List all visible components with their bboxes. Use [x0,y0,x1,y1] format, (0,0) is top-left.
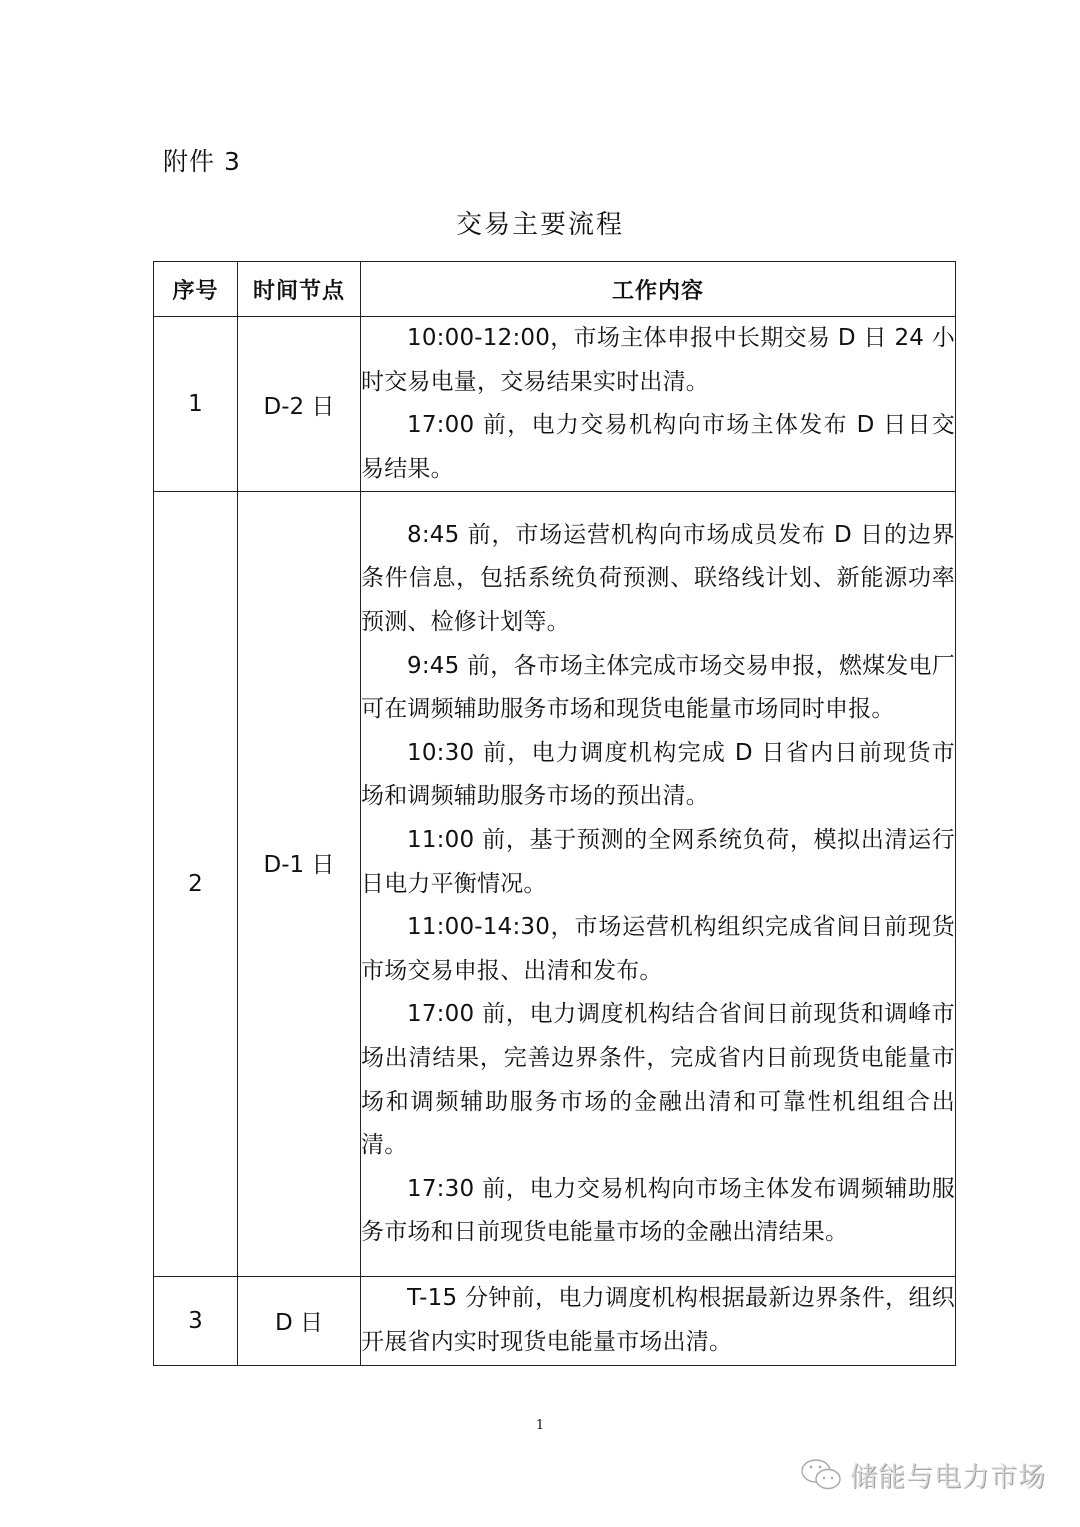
wechat-icon [800,1457,844,1493]
table-row: 3 D 日 T-15 分钟前，电力调度机构根据最新边界条件，组织开展省内实时现货… [154,1277,956,1365]
watermark: 储能与电力市场 [800,1455,1046,1494]
content-paragraph: 10:30 前，电力调度机构完成 D 日省内日前现货市场和调频辅助服务市场的预出… [361,732,955,819]
content-paragraph: 10:00-12:00，市场主体申报中长期交易 D 日 24 小时交易电量，交易… [361,317,955,404]
row-index: 1 [154,317,238,492]
header-work-content: 工作内容 [361,262,956,317]
row-content: T-15 分钟前，电力调度机构根据最新边界条件，组织开展省内实时现货电能量市场出… [361,1277,956,1365]
row-index: 2 [154,492,238,1277]
content-paragraph: 8:45 前，市场运营机构向市场成员发布 D 日的边界条件信息，包括系统负荷预测… [361,514,955,645]
document-title: 交易主要流程 [0,205,1080,245]
row-index: 3 [154,1277,238,1365]
content-paragraph: T-15 分钟前，电力调度机构根据最新边界条件，组织开展省内实时现货电能量市场出… [361,1277,955,1364]
row-time-node: D-1 日 [238,492,361,1277]
header-time-node: 时间节点 [238,262,361,317]
table-header-row: 序号 时间节点 工作内容 [154,262,956,317]
process-table: 序号 时间节点 工作内容 1 D-2 日 10:00-12:00，市场主体申报中… [153,261,956,1366]
table-row: 2 D-1 日 8:45 前，市场运营机构向市场成员发布 D 日的边界条件信息，… [154,492,956,1277]
row-time-node: D 日 [238,1277,361,1365]
row-time-node: D-2 日 [238,317,361,492]
header-index: 序号 [154,262,238,317]
content-paragraph: 9:45 前，各市场主体完成市场交易申报，燃煤发电厂可在调频辅助服务市场和现货电… [361,645,955,732]
content-paragraph: 17:30 前，电力交易机构向市场主体发布调频辅助服务市场和日前现货电能量市场的… [361,1168,955,1255]
content-paragraph: 11:00 前，基于预测的全网系统负荷，模拟出清运行日电力平衡情况。 [361,819,955,906]
content-paragraph: 17:00 前，电力调度机构结合省间日前现货和调峰市场出清结果，完善边界条件，完… [361,993,955,1167]
watermark-text: 储能与电力市场 [850,1455,1046,1494]
content-paragraph: 11:00-14:30，市场运营机构组织完成省间日前现货市场交易申报、出清和发布… [361,906,955,993]
row-content: 8:45 前，市场运营机构向市场成员发布 D 日的边界条件信息，包括系统负荷预测… [361,492,956,1277]
row-content: 10:00-12:00，市场主体申报中长期交易 D 日 24 小时交易电量，交易… [361,317,956,492]
content-paragraph: 17:00 前，电力交易机构向市场主体发布 D 日日交易结果。 [361,404,955,491]
page-number: 1 [0,1418,1080,1433]
annex-label: 附件 3 [163,142,241,182]
table-row: 1 D-2 日 10:00-12:00，市场主体申报中长期交易 D 日 24 小… [154,317,956,492]
